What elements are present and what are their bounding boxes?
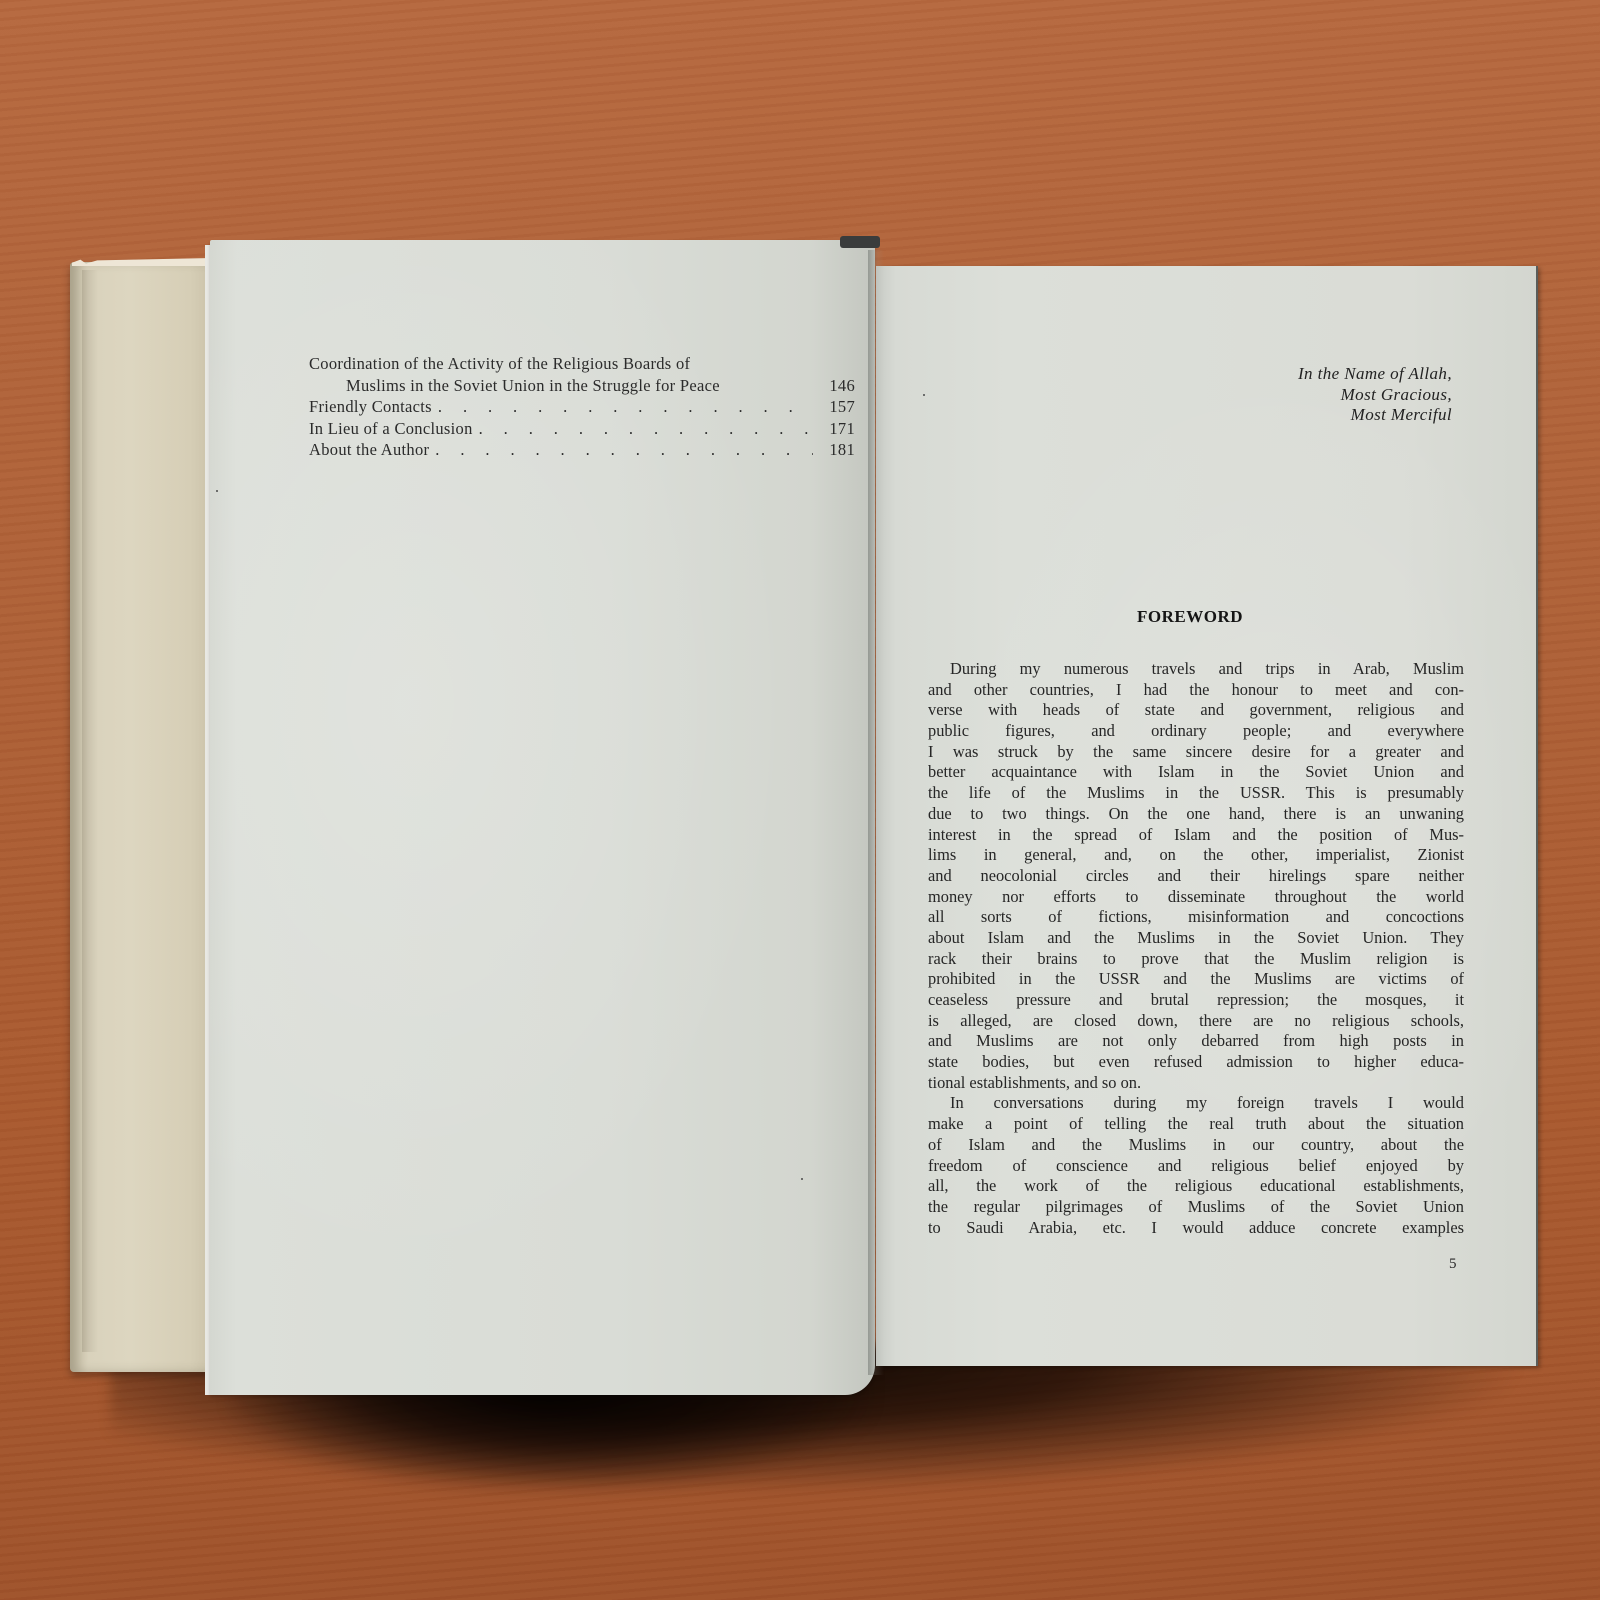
epigraph-line: In the Name of Allah,	[1160, 364, 1452, 385]
body-line: of Islam and the Muslims in our country,…	[928, 1135, 1464, 1156]
toc-leader-dots: . . . . . . . . . . . . . . . . . .	[429, 439, 813, 461]
toc-entry-page: 181	[813, 439, 855, 461]
body-line: and neocolonial circles and their hireli…	[928, 866, 1464, 887]
body-line: state bodies, but even refused admission…	[928, 1052, 1464, 1073]
toc-entry-title: Muslims in the Soviet Union in the Strug…	[309, 375, 720, 397]
toc-entry-page: 171	[813, 418, 855, 440]
body-line: better acquaintance with Islam in the So…	[928, 762, 1464, 783]
body-line: the regular pilgrimages of Muslims of th…	[928, 1197, 1464, 1218]
toc-entry[interactable]: About the Author . . . . . . . . . . . .…	[309, 439, 855, 461]
foreword-body: During my numerous travels and trips in …	[928, 659, 1464, 1238]
body-line: tional establishments, and so on.	[928, 1073, 1464, 1094]
paper-speck	[801, 1178, 803, 1180]
toc-entry-page: 146	[813, 375, 855, 397]
toc-entry-title: About the Author	[309, 439, 429, 461]
toc-entry-continuation[interactable]: Muslims in the Soviet Union in the Strug…	[309, 375, 855, 397]
body-line: money nor efforts to disseminate through…	[928, 887, 1464, 908]
table-of-contents: Coordination of the Activity of the Reli…	[309, 353, 855, 461]
epigraph: In the Name of Allah, Most Gracious, Mos…	[1160, 364, 1452, 426]
body-line: lims in general, and, on the other, impe…	[928, 845, 1464, 866]
back-cover-flap	[70, 262, 220, 1372]
body-line: the life of the Muslims in the USSR. Thi…	[928, 783, 1464, 804]
toc-entry[interactable]: Coordination of the Activity of the Reli…	[309, 353, 855, 375]
toc-entry-title: In Lieu of a Conclusion	[309, 418, 473, 440]
body-line: I was struck by the same sincere desire …	[928, 742, 1464, 763]
paper-speck	[923, 394, 925, 396]
paper-speck	[216, 490, 218, 492]
spine-edge	[840, 236, 880, 248]
epigraph-line: Most Merciful	[1160, 405, 1452, 426]
body-line: public figures, and ordinary people; and…	[928, 721, 1464, 742]
toc-entry[interactable]: In Lieu of a Conclusion . . . . . . . . …	[309, 418, 855, 440]
body-line: and Muslims are not only debarred from h…	[928, 1031, 1464, 1052]
body-line: verse with heads of state and government…	[928, 700, 1464, 721]
toc-leader-dots: . . . . . . . . . . . . . . . . .	[432, 396, 813, 418]
toc-entry[interactable]: Friendly Contacts . . . . . . . . . . . …	[309, 396, 855, 418]
toc-entry-page: 157	[813, 396, 855, 418]
body-line: all, the work of the religious education…	[928, 1176, 1464, 1197]
body-line: interest in the spread of Islam and the …	[928, 825, 1464, 846]
toc-leader-dots: . . . . . . . . . . . . . .	[473, 418, 813, 440]
toc-entry-title: Coordination of the Activity of the Reli…	[309, 353, 690, 375]
body-line: rack their brains to prove that the Musl…	[928, 949, 1464, 970]
body-line: freedom of conscience and religious beli…	[928, 1156, 1464, 1177]
foreword-heading: FOREWORD	[1040, 607, 1340, 627]
body-line: prohibited in the USSR and the Muslims a…	[928, 969, 1464, 990]
body-line: ceaseless pressure and brutal repression…	[928, 990, 1464, 1011]
body-line: due to two things. On the one hand, ther…	[928, 804, 1464, 825]
body-line: In conversations during my foreign trave…	[928, 1093, 1464, 1114]
body-line: make a point of telling the real truth a…	[928, 1114, 1464, 1135]
body-line: about Islam and the Muslims in the Sovie…	[928, 928, 1464, 949]
body-line: During my numerous travels and trips in …	[928, 659, 1464, 680]
body-line: all sorts of fictions, misinformation an…	[928, 907, 1464, 928]
book-gutter	[868, 250, 884, 1375]
epigraph-line: Most Gracious,	[1160, 385, 1452, 406]
toc-entry-title: Friendly Contacts	[309, 396, 432, 418]
body-line: and other countries, I had the honour to…	[928, 680, 1464, 701]
body-line: to Saudi Arabia, etc. I would adduce con…	[928, 1218, 1464, 1239]
page-number: 5	[1449, 1256, 1457, 1273]
body-line: is alleged, are closed down, there are n…	[928, 1011, 1464, 1032]
